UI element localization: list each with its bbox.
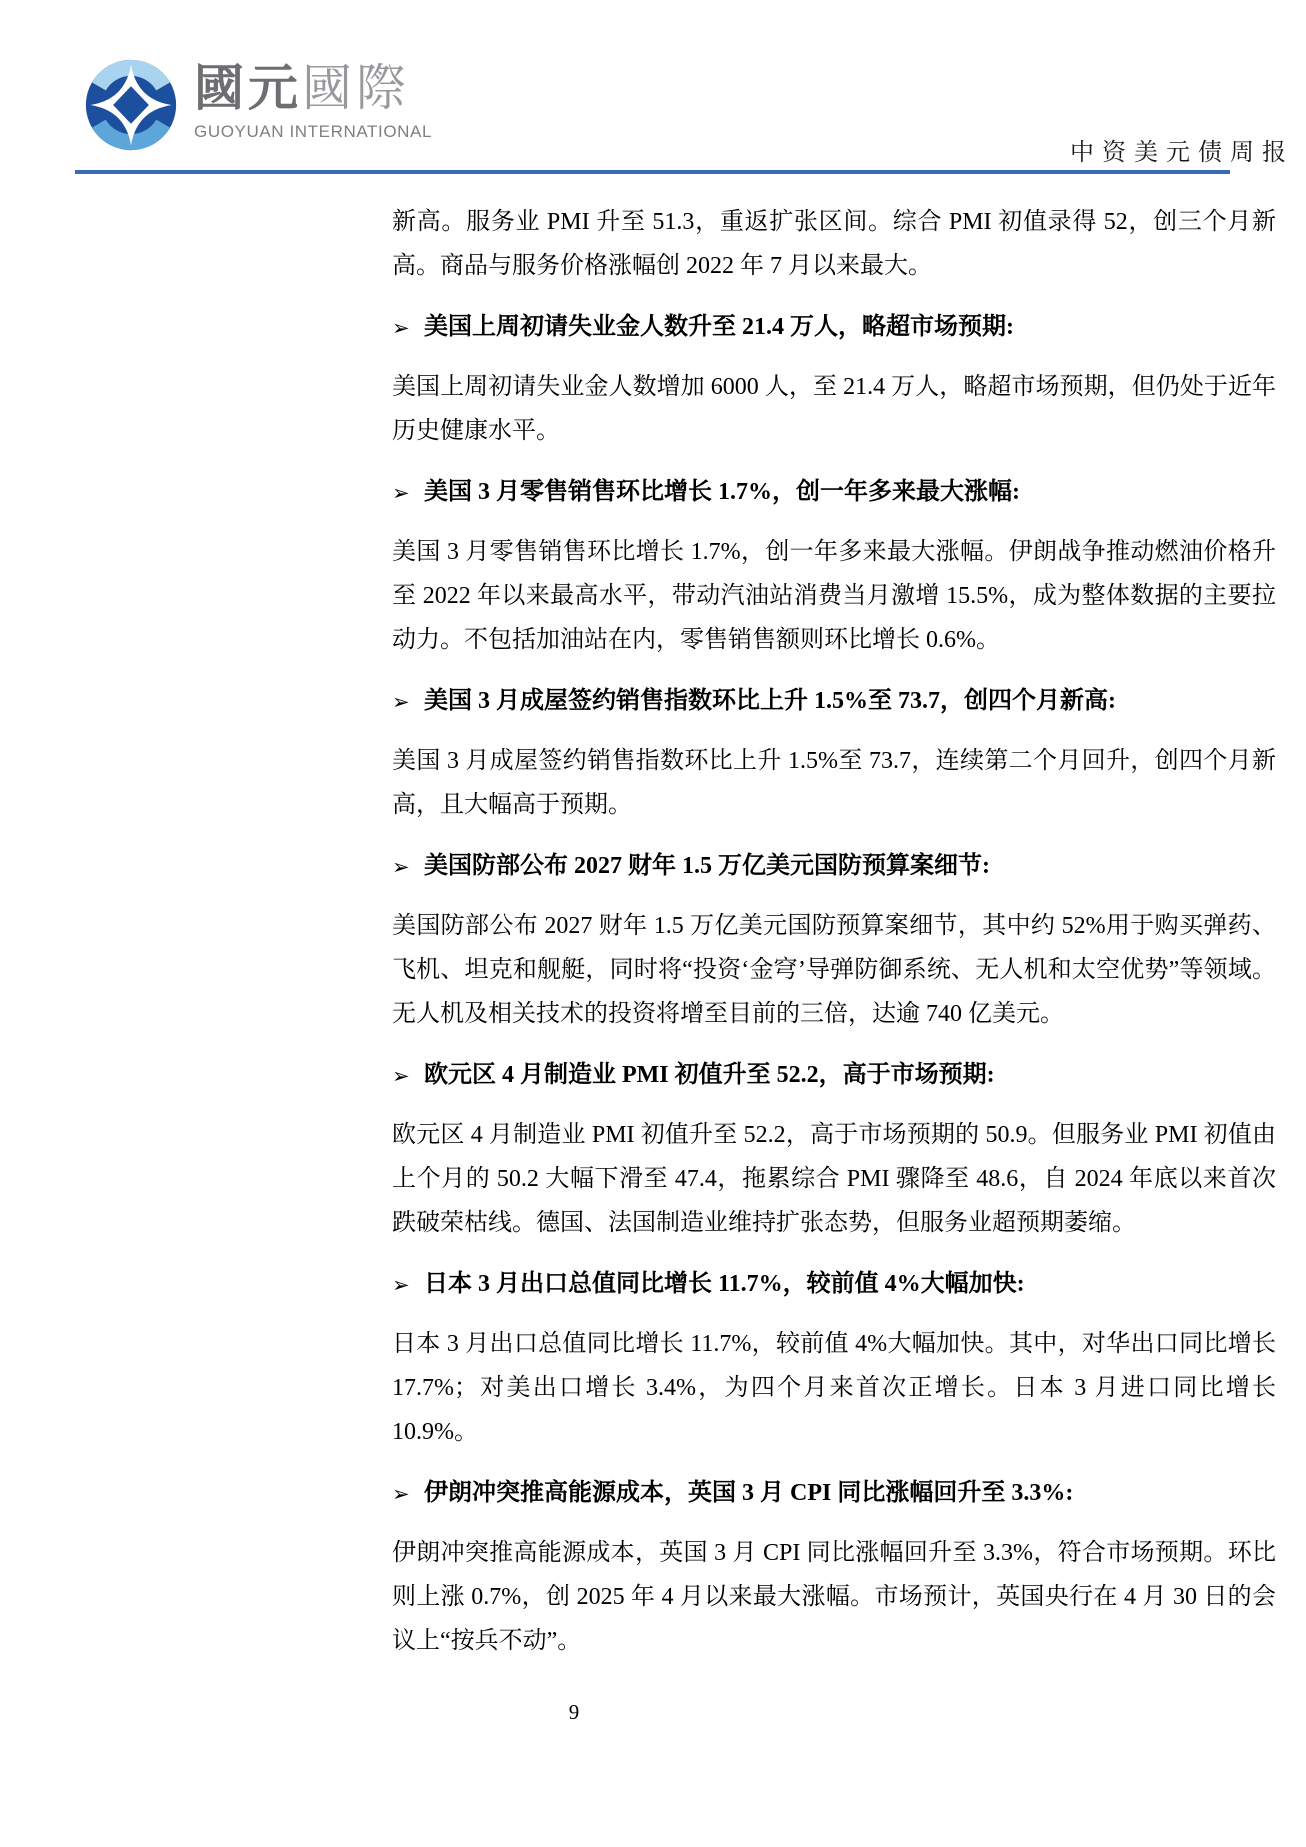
news-section: ➢美国 3 月零售销售环比增长 1.7%，创一年多来最大涨幅: 美国 3 月零售… <box>392 470 1276 662</box>
logo-text: 國元國際 GUOYUAN INTERNATIONAL <box>194 58 432 142</box>
section-paragraph: 美国防部公布 2027 财年 1.5 万亿美元国防预算案细节，其中约 52%用于… <box>392 904 1276 1036</box>
section-heading-text: 美国 3 月成屋签约销售指数环比上升 1.5%至 73.7，创四个月新高: <box>424 688 1116 714</box>
bullet-arrow-icon: ➢ <box>392 1472 410 1516</box>
bullet-arrow-icon: ➢ <box>392 1054 410 1098</box>
bullet-arrow-icon: ➢ <box>392 1263 410 1307</box>
section-heading: ➢伊朗冲突推高能源成本，英国 3 月 CPI 同比涨幅回升至 3.3%: <box>392 1471 1276 1515</box>
bullet-arrow-icon: ➢ <box>392 471 410 515</box>
section-heading: ➢日本 3 月出口总值同比增长 11.7%，较前值 4%大幅加快: <box>392 1262 1276 1306</box>
section-heading-text: 欧元区 4 月制造业 PMI 初值升至 52.2，高于市场预期: <box>424 1062 995 1088</box>
report-title: 中资美元债周报 <box>1070 132 1294 167</box>
section-paragraph: 欧元区 4 月制造业 PMI 初值升至 52.2，高于市场预期的 50.9。但服… <box>392 1113 1276 1245</box>
section-paragraph: 伊朗冲突推高能源成本，英国 3 月 CPI 同比涨幅回升至 3.3%，符合市场预… <box>392 1531 1276 1663</box>
news-section: ➢美国防部公布 2027 财年 1.5 万亿美元国防预算案细节: 美国防部公布 … <box>392 844 1276 1036</box>
logo-cn-name: 國元國際 <box>194 60 410 116</box>
news-section: ➢日本 3 月出口总值同比增长 11.7%，较前值 4%大幅加快: 日本 3 月… <box>392 1262 1276 1454</box>
news-section: ➢伊朗冲突推高能源成本，英国 3 月 CPI 同比涨幅回升至 3.3%: 伊朗冲… <box>392 1471 1276 1663</box>
header-divider <box>75 170 1230 174</box>
section-paragraph: 日本 3 月出口总值同比增长 11.7%，较前值 4%大幅加快。其中，对华出口同… <box>392 1322 1276 1454</box>
news-section: ➢欧元区 4 月制造业 PMI 初值升至 52.2，高于市场预期: 欧元区 4 … <box>392 1053 1276 1245</box>
section-paragraph: 美国 3 月零售销售环比增长 1.7%，创一年多来最大涨幅。伊朗战争推动燃油价格… <box>392 530 1276 662</box>
section-heading: ➢美国 3 月成屋签约销售指数环比上升 1.5%至 73.7，创四个月新高: <box>392 679 1276 723</box>
report-page: 國元國際 GUOYUAN INTERNATIONAL 中资美元债周报 新高。服务… <box>0 0 1306 1847</box>
section-heading: ➢美国防部公布 2027 财年 1.5 万亿美元国防预算案细节: <box>392 844 1276 888</box>
section-paragraph: 美国 3 月成屋签约销售指数环比上升 1.5%至 73.7，连续第二个月回升，创… <box>392 739 1276 827</box>
section-heading-text: 美国防部公布 2027 财年 1.5 万亿美元国防预算案细节: <box>424 853 990 879</box>
section-heading: ➢美国上周初请失业金人数升至 21.4 万人，略超市场预期: <box>392 305 1276 349</box>
bullet-arrow-icon: ➢ <box>392 680 410 724</box>
news-section: ➢美国上周初请失业金人数升至 21.4 万人，略超市场预期: 美国上周初请失业金… <box>392 305 1276 453</box>
logo-en-name: GUOYUAN INTERNATIONAL <box>194 122 432 142</box>
section-heading: ➢欧元区 4 月制造业 PMI 初值升至 52.2，高于市场预期: <box>392 1053 1276 1097</box>
section-heading-text: 美国 3 月零售销售环比增长 1.7%，创一年多来最大涨幅: <box>424 479 1020 505</box>
intro-paragraph: 新高。服务业 PMI 升至 51.3，重返扩张区间。综合 PMI 初值录得 52… <box>392 200 1276 288</box>
news-section: ➢美国 3 月成屋签约销售指数环比上升 1.5%至 73.7，创四个月新高: 美… <box>392 679 1276 827</box>
guoyuan-emblem-icon <box>84 58 178 152</box>
bullet-arrow-icon: ➢ <box>392 845 410 889</box>
section-heading: ➢美国 3 月零售销售环比增长 1.7%，创一年多来最大涨幅: <box>392 470 1276 514</box>
section-heading-text: 日本 3 月出口总值同比增长 11.7%，较前值 4%大幅加快: <box>424 1271 1025 1297</box>
document-body: 新高。服务业 PMI 升至 51.3，重返扩张区间。综合 PMI 初值录得 52… <box>392 200 1276 1663</box>
section-heading-text: 伊朗冲突推高能源成本，英国 3 月 CPI 同比涨幅回升至 3.3%: <box>424 1480 1073 1506</box>
page-number: 9 <box>552 1700 596 1725</box>
bullet-arrow-icon: ➢ <box>392 306 410 350</box>
section-paragraph: 美国上周初请失业金人数增加 6000 人，至 21.4 万人，略超市场预期，但仍… <box>392 365 1276 453</box>
section-heading-text: 美国上周初请失业金人数升至 21.4 万人，略超市场预期: <box>424 314 1014 340</box>
company-logo: 國元國際 GUOYUAN INTERNATIONAL <box>84 58 432 152</box>
